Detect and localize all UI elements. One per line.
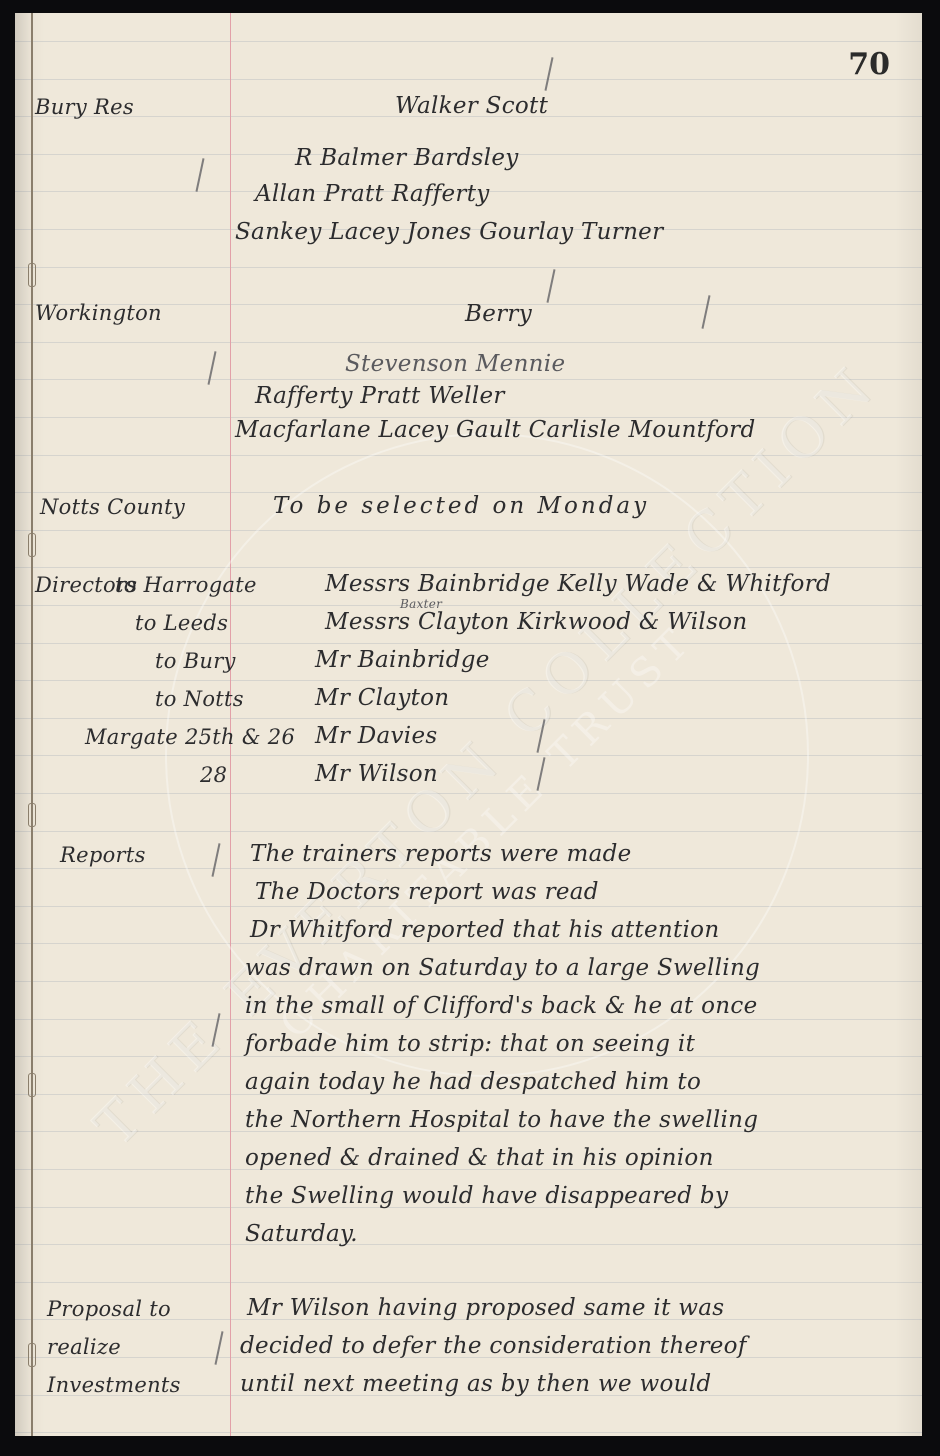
binding-line xyxy=(31,13,33,1436)
stitch-mark xyxy=(28,1073,36,1097)
director-destination: Margate 25th & 26 xyxy=(85,725,295,749)
section-label-notts-county: Notts County xyxy=(40,495,185,519)
rule-line xyxy=(15,379,922,380)
report-line: forbade him to strip: that on seeing it xyxy=(245,1031,695,1057)
team-line: Stevenson Mennie xyxy=(345,351,565,377)
rule-line xyxy=(15,643,922,644)
report-line: The Doctors report was read xyxy=(255,879,599,905)
rule-line xyxy=(15,755,922,756)
rule-line xyxy=(15,831,922,832)
report-line: Dr Whitford reported that his attention xyxy=(250,917,719,943)
check-mark xyxy=(211,843,220,877)
page-number: 70 xyxy=(848,47,890,82)
rule-line xyxy=(15,79,922,80)
director-names: Messrs Bainbridge Kelly Wade & Whitford xyxy=(325,571,831,597)
director-names: Messrs Clayton Kirkwood & Wilson xyxy=(325,609,747,635)
director-destination: 28 xyxy=(200,763,227,787)
report-line: the Swelling would have disappeared by xyxy=(245,1183,728,1209)
director-names: Mr Wilson xyxy=(315,761,438,787)
rule-line xyxy=(15,605,922,606)
report-line: again today he had despatched him to xyxy=(245,1069,701,1095)
proposal-line: decided to defer the consideration there… xyxy=(240,1333,747,1359)
report-line: was drawn on Saturday to a large Swellin… xyxy=(245,955,760,981)
check-mark xyxy=(701,295,710,329)
rule-line xyxy=(15,1432,922,1433)
rule-line xyxy=(15,567,922,568)
stitch-mark xyxy=(28,803,36,827)
check-mark xyxy=(536,757,545,791)
binding-shadow xyxy=(15,13,31,1436)
report-line: opened & drained & that in his opinion xyxy=(245,1145,714,1171)
ledger-page: THE EVERTON COLLECTION CHARITABLE TRUST … xyxy=(15,13,922,1436)
stitch-mark xyxy=(28,263,36,287)
director-names: Mr Davies xyxy=(315,723,437,749)
team-line: Macfarlane Lacey Gault Carlisle Mountfor… xyxy=(235,417,756,443)
section-label-bury-res: Bury Res xyxy=(35,95,134,119)
check-mark xyxy=(195,158,204,192)
rule-line xyxy=(15,1282,922,1283)
rule-line xyxy=(15,680,922,681)
rule-line xyxy=(15,793,922,794)
report-line: The trainers reports were made xyxy=(250,841,632,867)
check-mark xyxy=(544,57,553,91)
report-line: the Northern Hospital to have the swelli… xyxy=(245,1107,758,1133)
section-label-proposal: Investments xyxy=(47,1373,181,1397)
rule-line xyxy=(15,1244,922,1245)
notts-county-note: To be selected on Monday xyxy=(273,493,649,519)
rule-line xyxy=(15,1019,922,1020)
rule-line xyxy=(15,718,922,719)
stitch-mark xyxy=(28,1343,36,1367)
director-names: Mr Bainbridge xyxy=(315,647,490,673)
director-destination: to Harrogate xyxy=(115,573,257,597)
director-destination: to Bury xyxy=(155,649,236,673)
stitch-mark xyxy=(28,533,36,557)
section-label-proposal: realize xyxy=(47,1335,121,1359)
check-mark xyxy=(536,719,545,753)
team-line: Walker Scott xyxy=(395,93,548,119)
team-line: Allan Pratt Rafferty xyxy=(255,181,490,207)
rule-line xyxy=(15,981,922,982)
director-destination: to Notts xyxy=(155,687,244,711)
proposal-line: Mr Wilson having proposed same it was xyxy=(247,1295,724,1321)
rule-line xyxy=(15,868,922,869)
report-line: Saturday. xyxy=(245,1221,358,1247)
rule-line xyxy=(15,530,922,531)
rule-line xyxy=(15,267,922,268)
section-label-reports: Reports xyxy=(60,843,146,867)
team-line: Rafferty Pratt Weller xyxy=(255,383,505,409)
rule-line xyxy=(15,455,922,456)
director-names: Mr Clayton xyxy=(315,685,449,711)
proposal-line: until next meeting as by then we would xyxy=(240,1371,711,1397)
rule-line xyxy=(15,342,922,343)
section-label-proposal: Proposal to xyxy=(47,1297,171,1321)
team-line: R Balmer Bardsley xyxy=(295,145,519,171)
rule-line xyxy=(15,906,922,907)
report-line: in the small of Clifford's back & he at … xyxy=(245,993,758,1019)
team-line: Berry xyxy=(465,301,532,327)
rule-line xyxy=(15,943,922,944)
rule-line xyxy=(15,41,922,42)
section-label-workington: Workington xyxy=(35,301,162,325)
check-mark xyxy=(546,269,555,303)
check-mark xyxy=(214,1331,223,1365)
team-line: Sankey Lacey Jones Gourlay Turner xyxy=(235,219,663,245)
director-destination: to Leeds xyxy=(135,611,228,635)
